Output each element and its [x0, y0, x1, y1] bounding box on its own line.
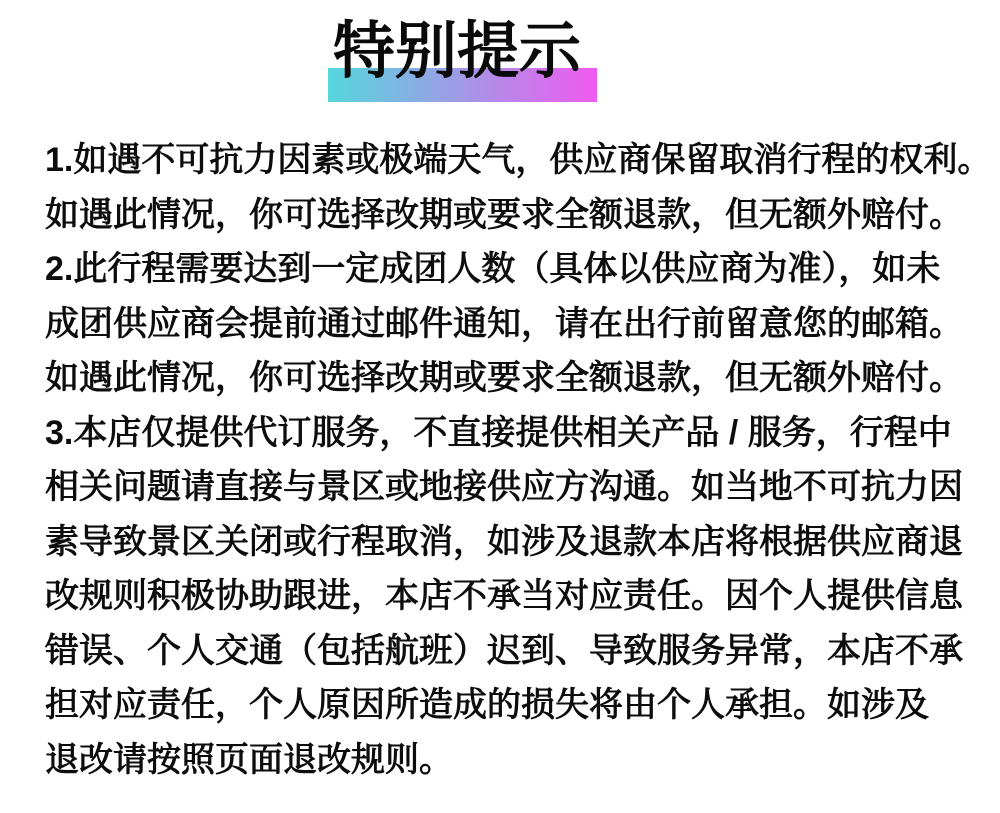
notice-line: 担对应责任，个人原因所造成的损失将由个人承担。如涉及	[45, 678, 1000, 733]
notice-body: 1.如遇不可抗力因素或极端天气，供应商保留取消行程的权利。如遇此情况，你可选择改…	[45, 133, 1000, 787]
notice-line: 3.本店仅提供代订服务，不直接提供相关产品 / 服务，行程中	[45, 406, 1000, 461]
notice-line: 如遇此情况，你可选择改期或要求全额退款，但无额外赔付。	[45, 351, 1000, 406]
notice-line: 2.此行程需要达到一定成团人数（具体以供应商为准），如未	[45, 242, 1000, 297]
notice-item-2: 2.此行程需要达到一定成团人数（具体以供应商为准），如未成团供应商会提前通过邮件…	[45, 242, 1000, 406]
notice-line: 素导致景区关闭或行程取消，如涉及退款本店将根据供应商退	[45, 515, 1000, 570]
notice-line: 错误、个人交通（包括航班）迟到、导致服务异常，本店不承	[45, 624, 1000, 679]
notice-item-3: 3.本店仅提供代订服务，不直接提供相关产品 / 服务，行程中相关问题请直接与景区…	[45, 406, 1000, 788]
special-notice-page: 特别提示 1.如遇不可抗力因素或极端天气，供应商保留取消行程的权利。如遇此情况，…	[0, 0, 1000, 813]
notice-line: 改规则积极协助跟进，本店不承当对应责任。因个人提供信息	[45, 569, 1000, 624]
notice-line: 1.如遇不可抗力因素或极端天气，供应商保留取消行程的权利。	[45, 133, 1000, 188]
notice-line: 相关问题请直接与景区或地接供应方沟通。如当地不可抗力因	[45, 460, 1000, 515]
page-title: 特别提示	[333, 14, 581, 90]
notice-line: 退改请按照页面退改规则。	[45, 733, 1000, 788]
notice-line: 成团供应商会提前通过邮件通知，请在出行前留意您的邮箱。	[45, 297, 1000, 352]
page-title-block: 特别提示	[333, 14, 581, 90]
notice-item-1: 1.如遇不可抗力因素或极端天气，供应商保留取消行程的权利。如遇此情况，你可选择改…	[45, 133, 1000, 242]
notice-line: 如遇此情况，你可选择改期或要求全额退款，但无额外赔付。	[45, 188, 1000, 243]
